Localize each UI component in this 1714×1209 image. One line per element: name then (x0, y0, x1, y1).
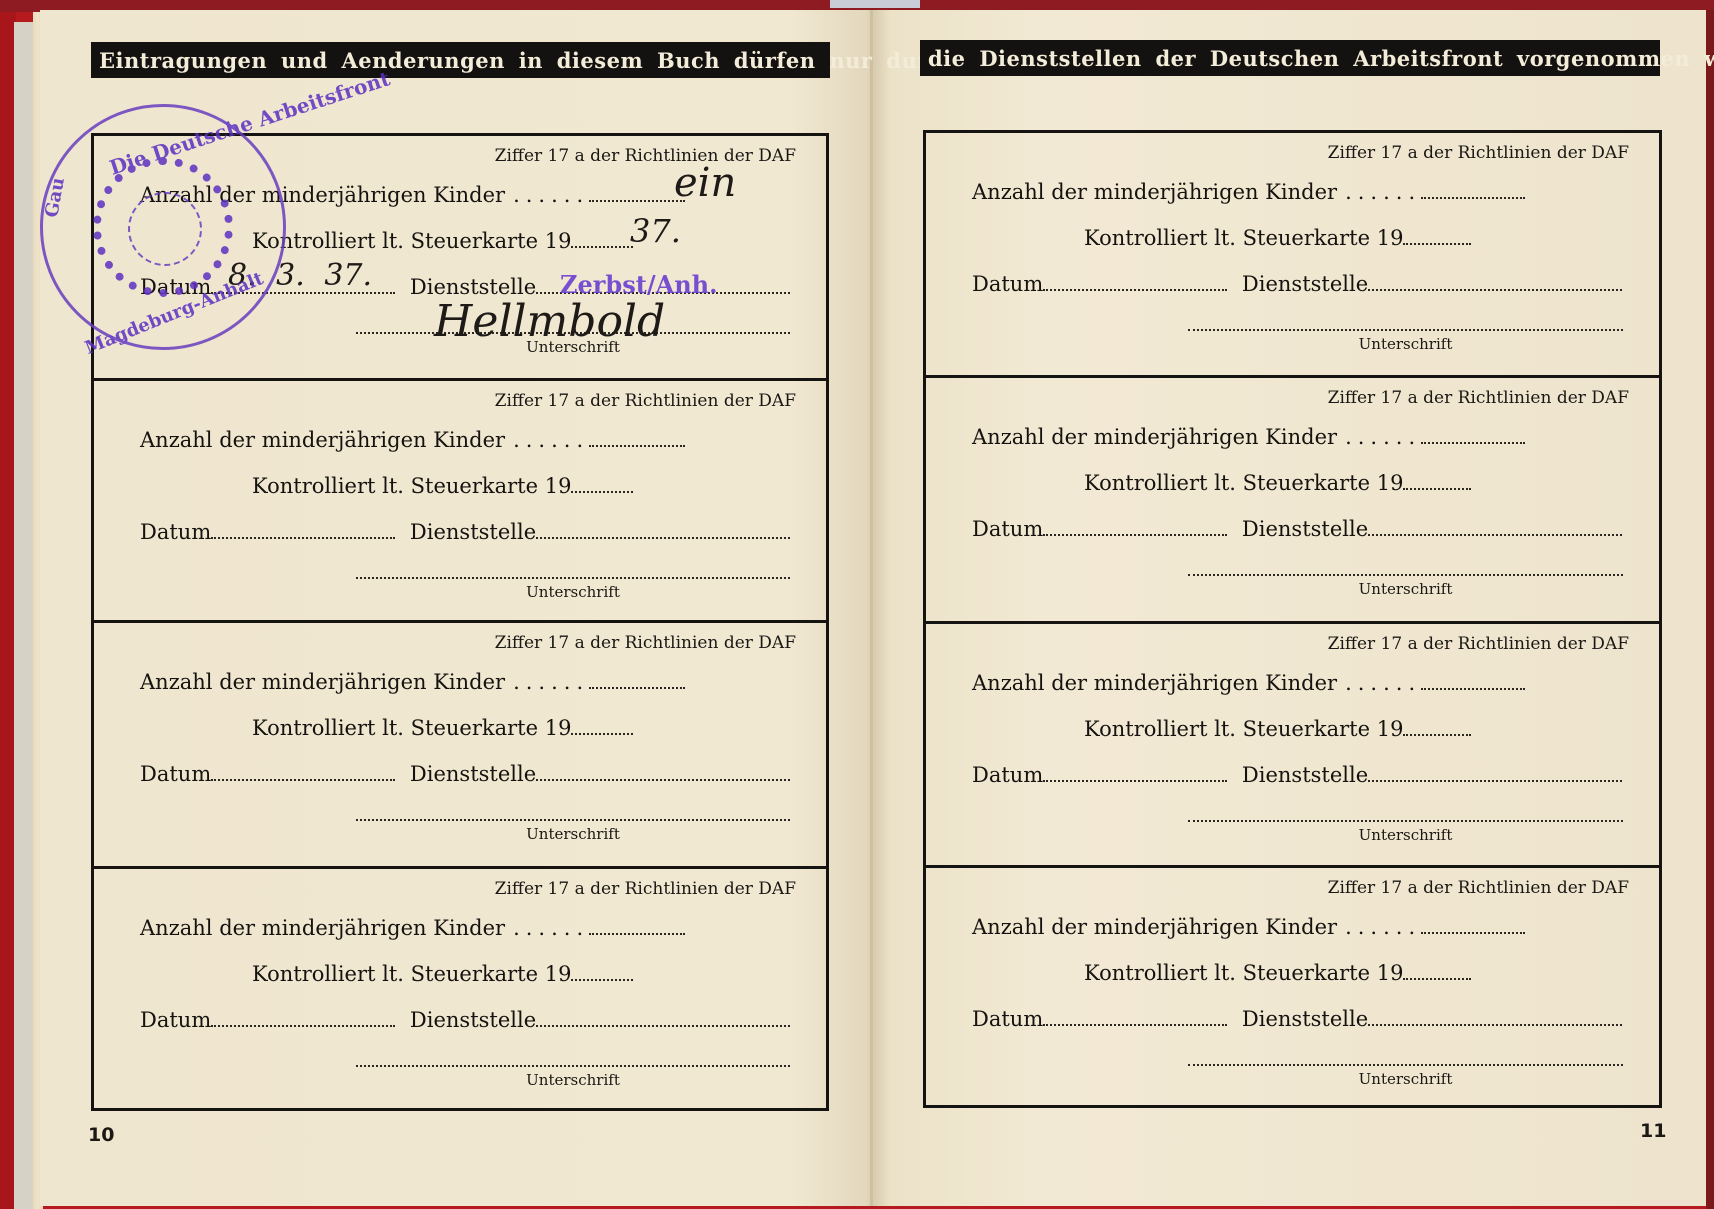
left-header-text: Eintragungen und Aenderungen in diesem B… (99, 48, 958, 73)
children-count-row: Anzahl der minderjährigen Kinder...... (972, 671, 1525, 695)
children-count-label: Anzahl der minderjährigen Kinder (972, 671, 1337, 695)
tax-card-label: Kontrolliert lt. Steuerkarte 19 (1084, 961, 1403, 985)
office-label: Dienststelle (1242, 517, 1368, 541)
handwritten-signature: Hellmbold (434, 296, 665, 347)
daf-round-stamp: Die Deutsche Arbeitsfront Gau Magdeburg-… (40, 104, 286, 350)
tax-card-row: Kontrolliert lt. Steuerkarte 19 (252, 474, 633, 498)
office-field[interactable] (536, 775, 790, 781)
tax-card-label: Kontrolliert lt. Steuerkarte 19 (252, 962, 571, 986)
tax-card-year-field[interactable] (571, 729, 633, 735)
tax-card-row: Kontrolliert lt. Steuerkarte 19 (252, 229, 633, 253)
date-field[interactable] (1043, 1020, 1227, 1026)
office-field[interactable] (536, 1021, 790, 1027)
signature-line[interactable] (356, 1065, 790, 1067)
date-label: Datum (140, 1008, 211, 1032)
tax-card-year-field[interactable] (571, 242, 633, 248)
leader-dots: ...... (1345, 425, 1421, 449)
stamp-eagle-icon (128, 192, 202, 266)
children-count-row: Anzahl der minderjährigen Kinder...... (140, 670, 685, 694)
ziffer-reference: Ziffer 17 a der Richtlinien der DAF (1328, 634, 1629, 654)
children-count-row: Anzahl der minderjährigen Kinder...... (140, 916, 685, 940)
form-section: Ziffer 17 a der Richtlinien der DAF Anza… (926, 375, 1659, 619)
date-label: Datum (972, 763, 1043, 787)
children-count-field[interactable] (1421, 438, 1525, 444)
office-field[interactable] (1368, 776, 1622, 782)
right-form-box: Ziffer 17 a der Richtlinien der DAF Anza… (923, 130, 1662, 1108)
date-office-row: Datum Dienststelle (140, 762, 790, 786)
tax-card-row: Kontrolliert lt. Steuerkarte 19 (1084, 471, 1471, 495)
leader-dots: ...... (513, 183, 589, 207)
tax-card-year-field[interactable] (571, 975, 633, 981)
handwritten-tax-year: 37. (630, 212, 681, 250)
tax-card-row: Kontrolliert lt. Steuerkarte 19 (1084, 961, 1471, 985)
tax-card-label: Kontrolliert lt. Steuerkarte 19 (252, 229, 571, 253)
tax-card-label: Kontrolliert lt. Steuerkarte 19 (252, 474, 571, 498)
children-count-label: Anzahl der minderjährigen Kinder (140, 428, 505, 452)
leader-dots: ...... (1345, 671, 1421, 695)
children-count-label: Anzahl der minderjährigen Kinder (140, 670, 505, 694)
office-label: Dienststelle (410, 762, 536, 786)
book-gutter (870, 10, 873, 1206)
office-field[interactable] (1368, 1020, 1622, 1026)
tax-card-year-field[interactable] (1403, 239, 1471, 245)
tax-card-row: Kontrolliert lt. Steuerkarte 19 (252, 716, 633, 740)
left-page-header: Eintragungen und Aenderungen in diesem B… (91, 42, 830, 78)
children-count-row: Anzahl der minderjährigen Kinder...... (972, 915, 1525, 939)
form-section: Ziffer 17 a der Richtlinien der DAF Anza… (94, 378, 826, 622)
tax-card-label: Kontrolliert lt. Steuerkarte 19 (1084, 226, 1403, 250)
children-count-field[interactable] (589, 683, 685, 689)
tax-card-label: Kontrolliert lt. Steuerkarte 19 (1084, 717, 1403, 741)
signature-line[interactable] (1188, 820, 1623, 822)
date-office-row: Datum Dienststelle (972, 272, 1622, 296)
form-section: Ziffer 17 a der Richtlinien der DAF Anza… (94, 866, 826, 1110)
right-page-header: die Dienststellen der Deutschen Arbeitsf… (920, 40, 1660, 76)
form-section: Ziffer 17 a der Richtlinien der DAF Anza… (926, 133, 1659, 377)
office-label: Dienststelle (1242, 1007, 1368, 1031)
ziffer-reference: Ziffer 17 a der Richtlinien der DAF (495, 633, 796, 653)
date-label: Datum (140, 762, 211, 786)
signature-line[interactable] (356, 577, 790, 579)
children-count-field[interactable] (589, 196, 685, 202)
ziffer-reference: Ziffer 17 a der Richtlinien der DAF (1328, 388, 1629, 408)
form-section: Ziffer 17 a der Richtlinien der DAF Anza… (926, 621, 1659, 865)
office-field[interactable] (1368, 530, 1622, 536)
children-count-field[interactable] (589, 929, 685, 935)
office-field[interactable] (536, 533, 790, 539)
children-count-field[interactable] (1421, 193, 1525, 199)
date-label: Datum (972, 272, 1043, 296)
page-number-left: 10 (88, 1124, 114, 1146)
date-field[interactable] (1043, 530, 1227, 536)
children-count-row: Anzahl der minderjährigen Kinder...... (972, 180, 1525, 204)
date-field[interactable] (1043, 776, 1227, 782)
signature-line[interactable] (1188, 329, 1623, 331)
tax-card-row: Kontrolliert lt. Steuerkarte 19 (1084, 717, 1471, 741)
leader-dots: ...... (513, 916, 589, 940)
signature-label: Unterschrift (1188, 1070, 1623, 1088)
children-count-label: Anzahl der minderjährigen Kinder (972, 180, 1337, 204)
signature-label: Unterschrift (356, 1071, 790, 1089)
ziffer-reference: Ziffer 17 a der Richtlinien der DAF (1328, 878, 1629, 898)
signature-label: Unterschrift (1188, 580, 1623, 598)
leader-dots: ...... (1345, 180, 1421, 204)
date-office-row: Datum Dienststelle (972, 763, 1622, 787)
office-field[interactable] (1368, 285, 1622, 291)
handwritten-children-count: ein (674, 160, 736, 206)
children-count-field[interactable] (589, 441, 685, 447)
children-count-field[interactable] (1421, 928, 1525, 934)
tax-card-year-field[interactable] (1403, 484, 1471, 490)
right-header-text: die Dienststellen der Deutschen Arbeitsf… (928, 46, 1714, 71)
children-count-field[interactable] (1421, 684, 1525, 690)
signature-line[interactable] (1188, 1064, 1623, 1066)
signature-line[interactable] (356, 819, 790, 821)
office-stamp-text: Zerbst/Anh. (560, 270, 717, 299)
signature-label: Unterschrift (1188, 335, 1623, 353)
date-office-row: Datum Dienststelle (140, 520, 790, 544)
date-field[interactable] (211, 533, 395, 539)
page-number-right: 11 (1640, 1120, 1666, 1142)
children-count-label: Anzahl der minderjährigen Kinder (140, 916, 505, 940)
tax-card-year-field[interactable] (1403, 730, 1471, 736)
date-label: Datum (972, 1007, 1043, 1031)
children-count-row: Anzahl der minderjährigen Kinder...... (140, 428, 685, 452)
ziffer-reference: Ziffer 17 a der Richtlinien der DAF (495, 146, 796, 166)
date-office-row: Datum Dienststelle (972, 1007, 1622, 1031)
tax-card-row: Kontrolliert lt. Steuerkarte 19 (1084, 226, 1471, 250)
office-label: Dienststelle (1242, 763, 1368, 787)
ziffer-reference: Ziffer 17 a der Richtlinien der DAF (1328, 143, 1629, 163)
tax-card-row: Kontrolliert lt. Steuerkarte 19 (252, 962, 633, 986)
leader-dots: ...... (1345, 915, 1421, 939)
signature-label: Unterschrift (356, 583, 790, 601)
signature-line[interactable] (1188, 574, 1623, 576)
date-field[interactable] (1043, 285, 1227, 291)
form-section: Ziffer 17 a der Richtlinien der DAF Anza… (94, 620, 826, 864)
tax-card-year-field[interactable] (1403, 974, 1471, 980)
children-count-label: Anzahl der minderjährigen Kinder (972, 915, 1337, 939)
signature-label: Unterschrift (356, 825, 790, 843)
book-cover-right (1706, 10, 1714, 1209)
date-office-row: Datum Dienststelle (972, 517, 1622, 541)
date-field[interactable] (211, 775, 395, 781)
tax-card-label: Kontrolliert lt. Steuerkarte 19 (1084, 471, 1403, 495)
endpaper-strip (14, 22, 34, 1209)
date-label: Datum (972, 517, 1043, 541)
signature-label: Unterschrift (1188, 826, 1623, 844)
office-label: Dienststelle (410, 1008, 536, 1032)
ziffer-reference: Ziffer 17 a der Richtlinien der DAF (495, 391, 796, 411)
tax-card-year-field[interactable] (571, 487, 633, 493)
children-count-label: Anzahl der minderjährigen Kinder (972, 425, 1337, 449)
leader-dots: ...... (513, 428, 589, 452)
ziffer-reference: Ziffer 17 a der Richtlinien der DAF (495, 879, 796, 899)
form-section: Ziffer 17 a der Richtlinien der DAF Anza… (926, 865, 1659, 1109)
children-count-row: Anzahl der minderjährigen Kinder...... (972, 425, 1525, 449)
date-field[interactable] (211, 1021, 395, 1027)
tax-card-label: Kontrolliert lt. Steuerkarte 19 (252, 716, 571, 740)
office-label: Dienststelle (1242, 272, 1368, 296)
date-office-row: Datum Dienststelle (140, 1008, 790, 1032)
office-label: Dienststelle (410, 520, 536, 544)
leader-dots: ...... (513, 670, 589, 694)
date-label: Datum (140, 520, 211, 544)
